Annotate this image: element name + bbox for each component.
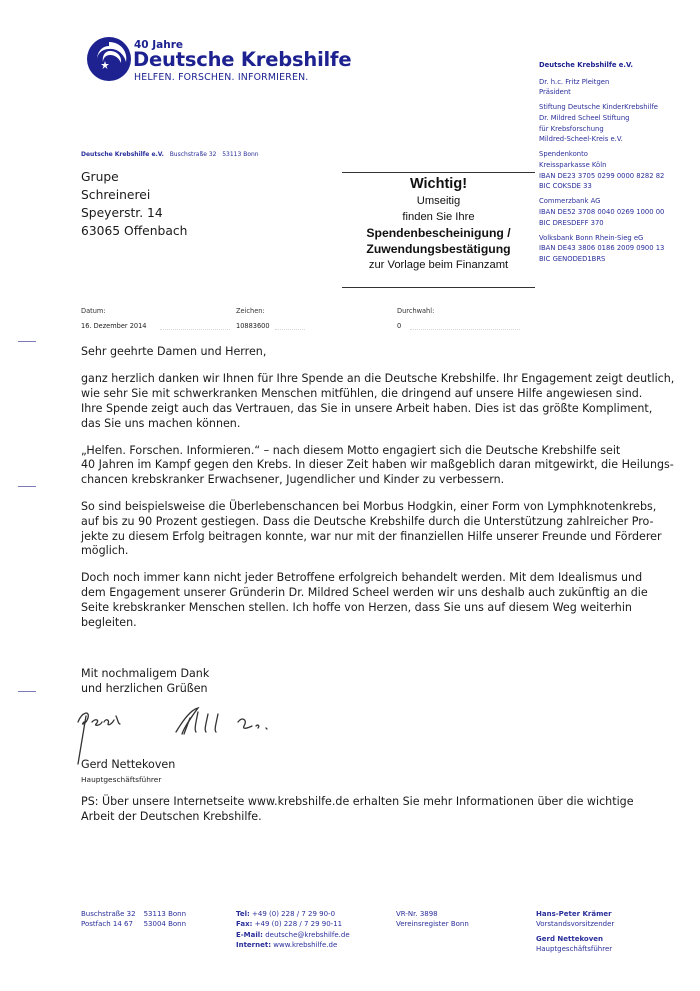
phone-value[interactable]: +49 (0) 228 / 7 29 90-0 — [250, 910, 335, 918]
recipient-line: Schreinerei — [81, 186, 187, 204]
bank-iban: IBAN DE23 3705 0299 0000 8282 82 — [539, 171, 699, 182]
signer-role: Hauptgeschäftsführer — [81, 775, 161, 784]
board-member: Hans-Peter Krämer Vorstandsvorsitzender — [536, 909, 614, 930]
bank-iban: IBAN DE52 3708 0040 0269 1000 00 — [539, 207, 699, 218]
board-member-name: Gerd Nettekoven — [536, 934, 614, 944]
affiliate: für Krebsforschung — [539, 124, 699, 135]
affiliate: Stiftung Deutsche KinderKrebshilfe — [539, 102, 699, 113]
bank-bic: BIC COKSDE 33 — [539, 181, 699, 192]
bank-block: Commerzbank AG IBAN DE52 3708 0040 0269 … — [539, 196, 699, 228]
postscript: PS: Über unsere Internetseite www.krebsh… — [81, 795, 696, 825]
registry-number: VR-Nr. 3898 — [396, 909, 469, 919]
address-city: 53004 Bonn — [144, 919, 194, 929]
notice-line: finden Sie Ihre — [342, 209, 535, 225]
important-notice-box: Wichtig! Umseitig finden Sie Ihre Spende… — [342, 172, 535, 288]
address-street: Postfach 14 67 — [81, 919, 144, 929]
footer-address: Buschstraße 32 53113 Bonn Postfach 14 67… — [81, 909, 194, 930]
donation-account-label: Spendenkonto — [539, 149, 699, 160]
president-name: Dr. h.c. Fritz Pleitgen — [539, 77, 699, 88]
body-paragraph: „Helfen. Forschen. Informieren.“ – nach … — [81, 444, 696, 489]
sender-organization: Deutsche Krebshilfe e.V. — [81, 151, 164, 158]
address-row: Postfach 14 67 53004 Bonn — [81, 919, 194, 929]
notice-line: Umseitig — [342, 193, 535, 209]
extension-value: 0 — [397, 322, 401, 330]
organization-info-column: Deutsche Krebshilfe e.V. Dr. h.c. Fritz … — [539, 60, 699, 269]
salutation: Sehr geehrte Damen und Herren, — [81, 345, 696, 360]
footer-contact: Tel: +49 (0) 228 / 7 29 90-0 Fax: +49 (0… — [236, 909, 350, 951]
field-divider — [275, 329, 305, 330]
recipient-address: Grupe Schreinerei Speyerstr. 14 63065 Of… — [81, 168, 187, 240]
recipient-line: 63065 Offenbach — [81, 222, 187, 240]
notice-heading: Wichtig! — [342, 176, 535, 193]
affiliate: Dr. Mildred Scheel Stiftung — [539, 113, 699, 124]
body-paragraph: Doch noch immer kann nicht jeder Betroff… — [81, 571, 696, 631]
bank-name: Commerzbank AG — [539, 196, 699, 207]
date-value: 16. Dezember 2014 — [81, 322, 147, 330]
board-member: Gerd Nettekoven Hauptgeschäftsführer — [536, 934, 614, 955]
letter-body: Sehr geehrte Damen und Herren, ganz herz… — [81, 345, 696, 642]
website-label: Internet: — [236, 941, 271, 949]
body-paragraph: So sind beispielsweise die Überlebenscha… — [81, 500, 696, 560]
footer-board: Hans-Peter Krämer Vorstandsvorsitzender … — [536, 909, 614, 959]
affiliate: Mildred-Scheel-Kreis e.V. — [539, 134, 699, 145]
footer-registry: VR-Nr. 3898 Vereinsregister Bonn — [396, 909, 469, 930]
website-link[interactable]: www.krebshilfe.de — [271, 941, 337, 949]
phone-label: Tel: — [236, 910, 250, 918]
board-member-title: Vorstandsvorsitzender — [536, 919, 614, 929]
address-row: Buschstraße 32 53113 Bonn — [81, 909, 194, 919]
date-label: Datum: — [81, 307, 106, 315]
recipient-line: Speyerstr. 14 — [81, 204, 187, 222]
sender-street: Buschstraße 32 — [170, 151, 217, 158]
extension-label: Durchwahl: — [397, 307, 434, 315]
sender-return-address: Deutsche Krebshilfe e.V. Buschstraße 32 … — [81, 151, 259, 158]
president-title: Präsident — [539, 87, 699, 98]
president-block: Dr. h.c. Fritz Pleitgen Präsident — [539, 77, 699, 98]
board-member-title: Hauptgeschäftsführer — [536, 944, 614, 954]
reference-value: 10883600 — [236, 322, 270, 330]
fax-label: Fax: — [236, 920, 252, 928]
recipient-line: Grupe — [81, 168, 187, 186]
sender-city: 53113 Bonn — [222, 151, 258, 158]
board-member-name: Hans-Peter Krämer — [536, 909, 614, 919]
fax-value: +49 (0) 228 / 7 29 90-11 — [252, 920, 342, 928]
body-paragraph: ganz herzlich danken wir Ihnen für Ihre … — [81, 372, 696, 432]
closing-formula: Mit nochmaligem Dank und herzlichen Grüß… — [81, 667, 209, 697]
bank-block: Volksbank Bonn Rhein-Sieg eG IBAN DE43 3… — [539, 233, 699, 265]
registry-court: Vereinsregister Bonn — [396, 919, 469, 929]
notice-line: Spendenbescheinigung / — [342, 225, 535, 241]
right-organization: Deutsche Krebshilfe e.V. — [539, 60, 699, 71]
fold-mark — [18, 341, 36, 342]
address-city: 53113 Bonn — [144, 909, 194, 919]
signer-name: Gerd Nettekoven — [81, 758, 175, 771]
address-street: Buschstraße 32 — [81, 909, 144, 919]
reference-label: Zeichen: — [236, 307, 265, 315]
email-label: E-Mail: — [236, 931, 263, 939]
organization-tagline: HELFEN. FORSCHEN. INFORMIEREN. — [134, 72, 309, 83]
krebshilfe-logo-icon — [86, 36, 132, 82]
notice-line: Zuwendungsbestätigung — [342, 241, 535, 257]
affiliates-block: Stiftung Deutsche KinderKrebshilfe Dr. M… — [539, 102, 699, 144]
bank-bic: BIC DRESDEFF 370 — [539, 218, 699, 229]
field-divider — [410, 329, 520, 330]
bank-iban: IBAN DE43 3806 0186 2009 0900 13 — [539, 243, 699, 254]
organization-name: Deutsche Krebshilfe — [133, 48, 351, 71]
bank-block: Spendenkonto Kreissparkasse Köln IBAN DE… — [539, 149, 699, 191]
bank-name: Volksbank Bonn Rhein-Sieg eG — [539, 233, 699, 244]
email-link[interactable]: deutsche@krebshilfe.de — [263, 931, 350, 939]
notice-line: zur Vorlage beim Finanzamt — [342, 257, 535, 273]
bank-bic: BIC GENODED1BRS — [539, 254, 699, 265]
fold-mark — [18, 691, 36, 692]
fold-mark — [18, 486, 36, 487]
field-divider — [160, 329, 230, 330]
bank-name: Kreissparkasse Köln — [539, 160, 699, 171]
